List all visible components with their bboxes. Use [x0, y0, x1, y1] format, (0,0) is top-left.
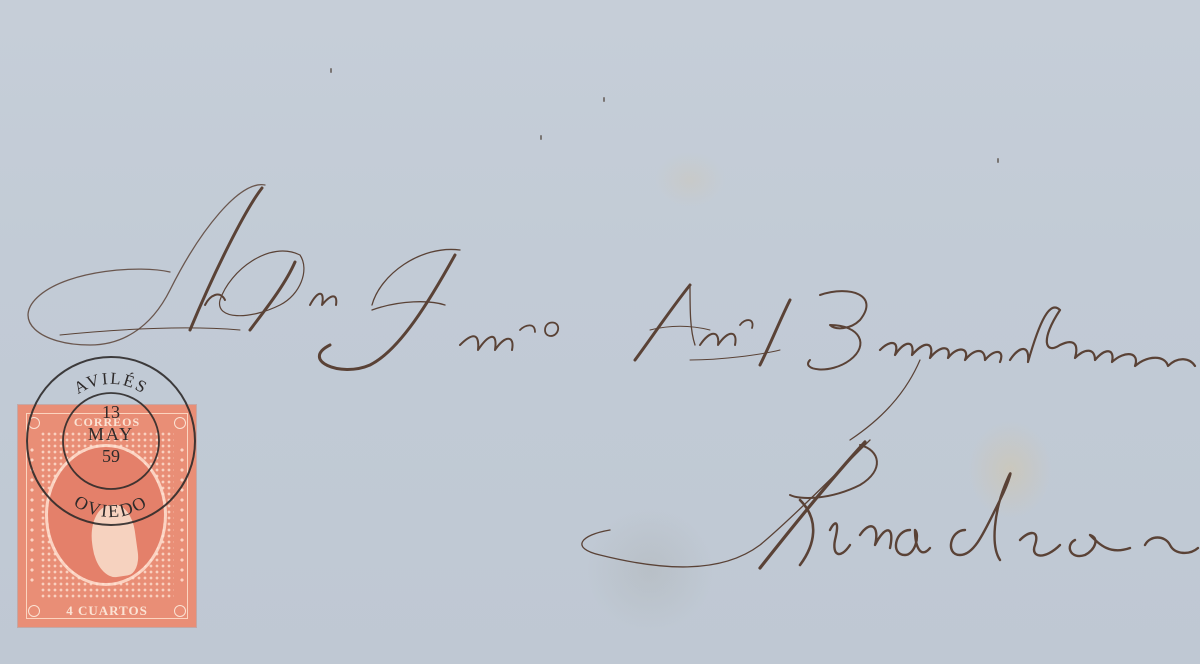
- postmark-year: 59: [22, 446, 200, 467]
- paper-speck: [540, 135, 542, 140]
- circular-datestamp: AVILÉS OVIEDO 13 MAY 59: [22, 352, 200, 530]
- address-line-2: Rivadeo: [760, 490, 1004, 560]
- address-line-1: Sr. Dn. Franco. Anto. Bengoechea: [20, 280, 706, 326]
- paper-speck: [330, 68, 332, 73]
- postmark-day: 13: [22, 402, 200, 423]
- postal-cover: Sr. Dn. Franco. Anto. Bengoechea Rivadeo…: [0, 0, 1200, 664]
- svg-text:OVIEDO: OVIEDO: [71, 491, 151, 521]
- postmark-month: MAY: [22, 424, 200, 445]
- stamp-denomination: 4 CUARTOS: [18, 603, 196, 619]
- paper-speck: [997, 158, 999, 163]
- paper-speck: [603, 97, 605, 102]
- postmark-province: OVIEDO: [71, 491, 151, 521]
